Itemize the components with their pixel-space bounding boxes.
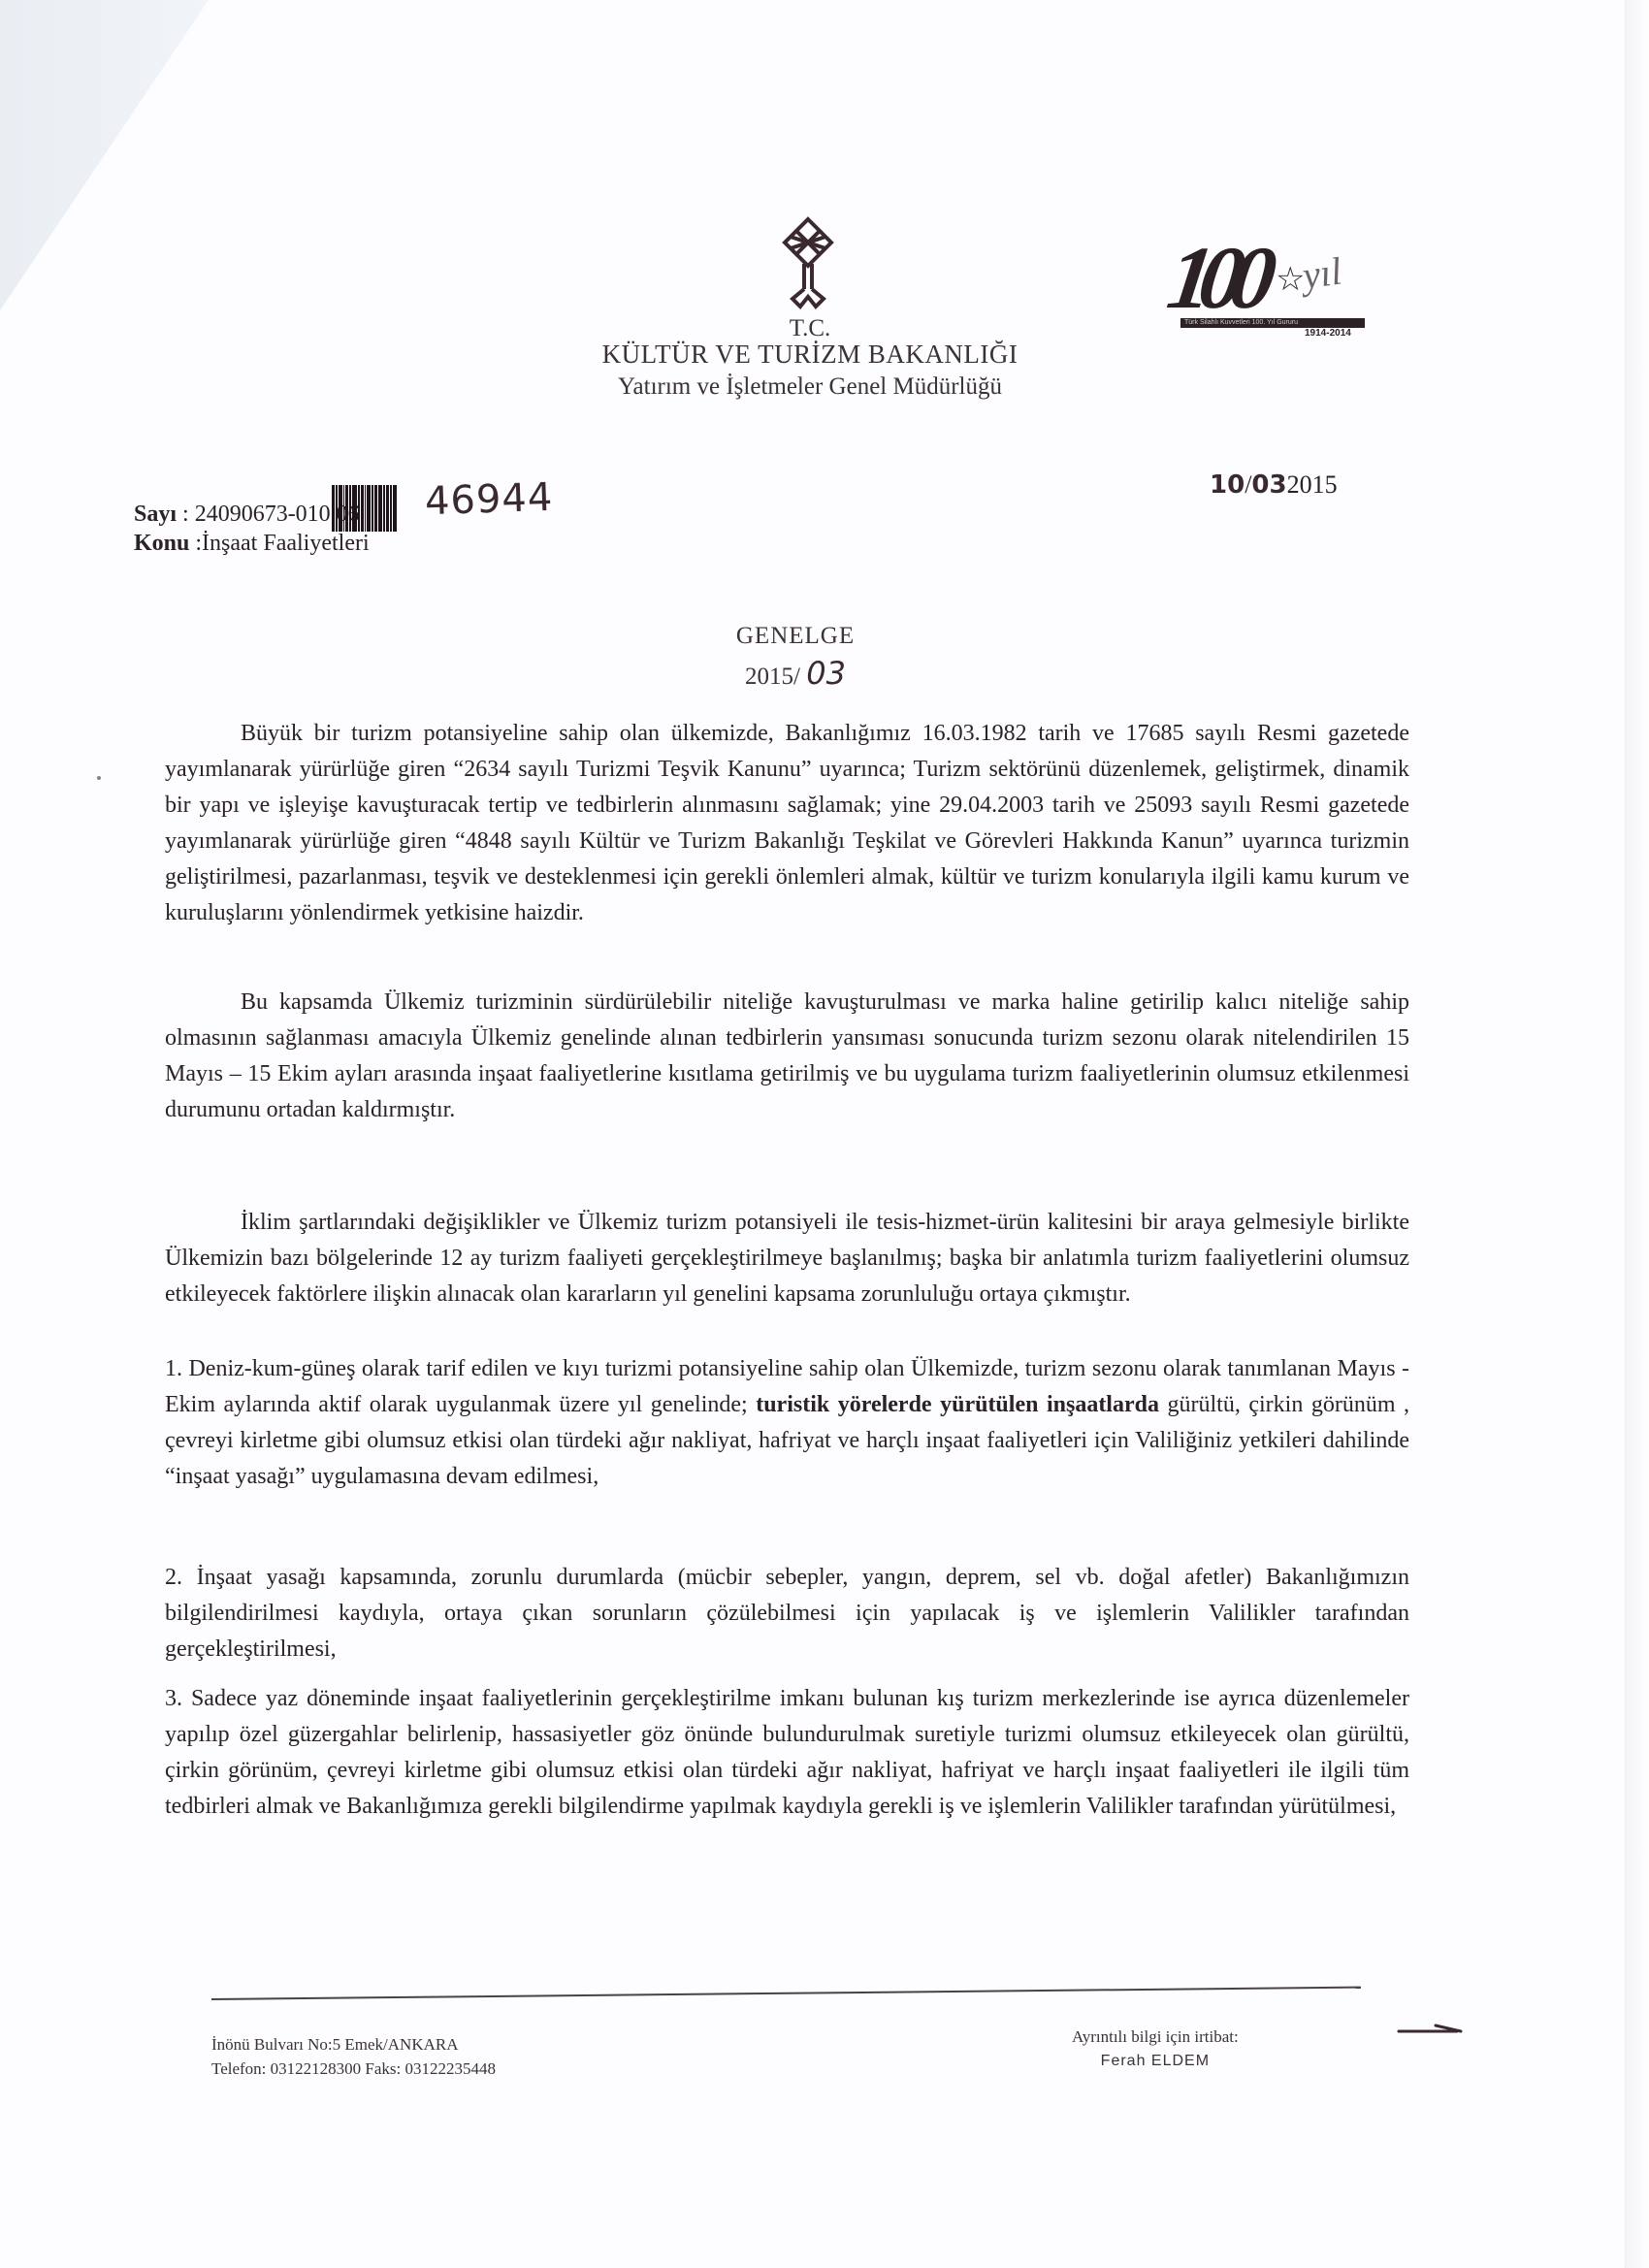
item-1-emphasis: turistik yörelerde yürütülen inşaatlarda [756,1392,1159,1417]
handwritten-registry-number: 46944 [424,475,554,525]
centennial-logo: 100 ☆ yıl Türk Silahlı Kuvvetleri 100. Y… [1169,233,1382,344]
paragraph-climate: İklim şartlarındaki değişiklikler ve Ülk… [165,1205,1409,1312]
circular-title: GENELGE [0,623,1591,650]
paragraph-scope: Bu kapsamda Ülkemiz turizminin sürdürüle… [165,985,1409,1128]
circular-number: 2015/ 03 [0,655,1591,692]
date-day: 10 [1210,470,1245,500]
logo-years: 1914-2014 [1305,328,1351,339]
circular-number-handwritten: 03 [806,655,846,692]
barcode [332,485,402,532]
folded-corner [0,0,209,310]
subject-label: Konu [134,531,189,556]
footer-divider [211,1987,1361,2000]
contact-label: Ayrıntılı bilgi için irtibat: [1072,2027,1239,2046]
paragraph-legal-basis: Büyük bir turizm potansiyeline sahip ola… [165,716,1409,931]
item-2-emergencies: 2. İnşaat yasağı kapsamında, zorunlu dur… [165,1560,1409,1668]
footer-phone-fax: Telefon: 03122128300 Faks: 03122235448 [211,2057,496,2081]
logo-suffix: yıl [1300,247,1344,298]
date-month: 03 [1251,470,1286,500]
date-year: 2015 [1287,470,1338,499]
scan-speck [97,776,101,780]
subject-line: Konu :İnşaat Faaliyetleri [134,529,370,558]
item-3-winter-resorts: 3. Sadece yaz döneminde inşaat faaliyetl… [165,1681,1409,1825]
continuation-arrow-icon [1397,2023,1465,2036]
scan-edge [1625,0,1649,2268]
document-page: T.C. KÜLTÜR VE TURİZM BAKANLIĞI Yatırım … [0,0,1649,2268]
footer-contact-block: Ayrıntılı bilgi için irtibat: Ferah ELDE… [1072,2025,1239,2073]
contact-name: Ferah ELDEM [1072,2049,1239,2073]
logo-number: 100 [1163,233,1269,322]
footer-address: İnönü Bulvarı No:5 Emek/ANKARA [211,2032,496,2057]
item-1-construction-ban: 1. Deniz-kum-güneş olarak tarif edilen v… [165,1351,1409,1495]
subject-value: İnşaat Faaliyetleri [202,531,370,556]
directorate-name: Yatırım ve İşletmeler Genel Müdürlüğü [0,373,1620,401]
number-label: Sayı [134,502,177,527]
logo-band: Türk Silahlı Kuvvetleri 100. Yıl Gururu [1180,318,1365,328]
circular-year: 2015/ [745,664,800,690]
endless-knot-emblem-icon [781,215,835,310]
footer-address-block: İnönü Bulvarı No:5 Emek/ANKARA Telefon: … [211,2032,496,2081]
document-date: 10/032015 [1210,470,1338,500]
